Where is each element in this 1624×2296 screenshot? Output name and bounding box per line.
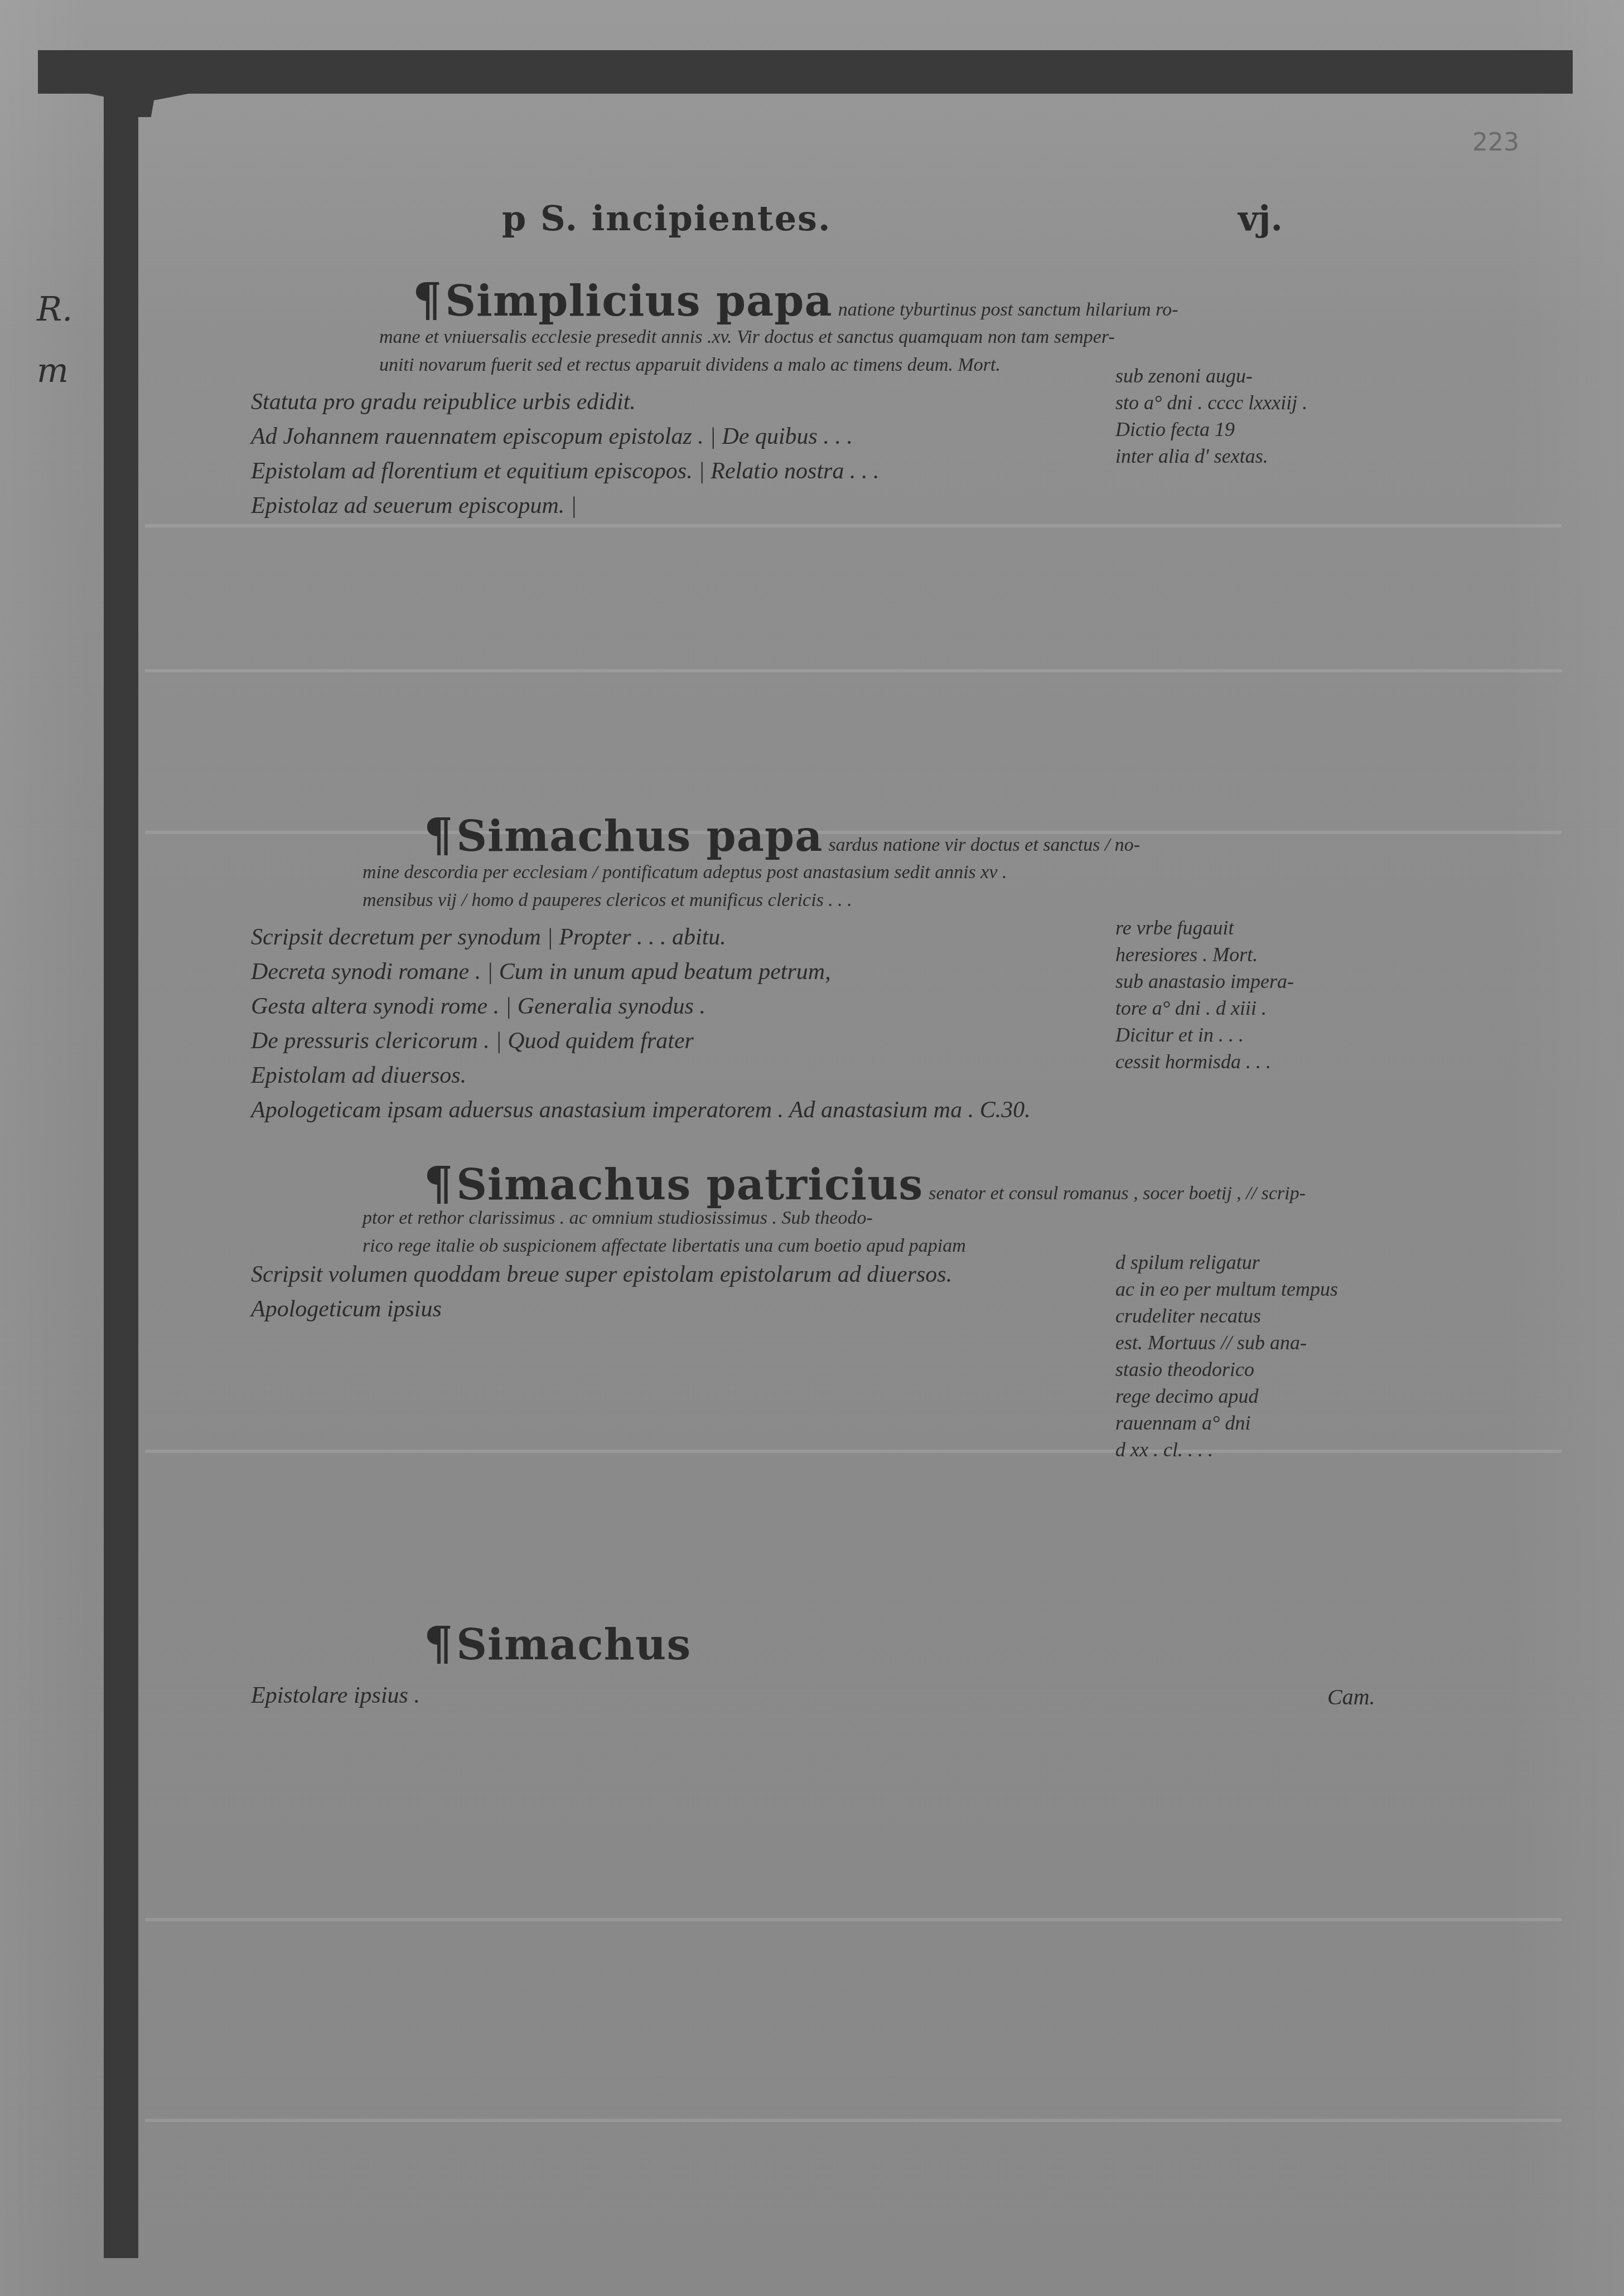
entry-simachus-papa: ¶Simachus papasardus natione vir doctus … <box>424 808 1140 862</box>
side-note-line: rege decimo apud <box>1115 1383 1338 1409</box>
work-item: Gesta altera synodi rome . | Generalia s… <box>251 989 1031 1024</box>
entry-description: natione tyburtinus post sanctum hilarium… <box>838 299 1178 320</box>
side-note-line: heresiores . Mort. <box>1115 941 1294 968</box>
entry-heading: ¶Simplicius papanatione tyburtinus post … <box>413 273 1178 327</box>
entry-simachus-patricius-desc: ptor et rethor clarissimus . ac omnium s… <box>362 1204 966 1260</box>
folio-pencil: 223 <box>1472 128 1519 157</box>
manuscript-page: R. m 223 p S. incipientes. vj. ¶Simplici… <box>0 0 1624 2296</box>
side-note-line: Dictio fecta 19 <box>1115 416 1307 443</box>
header-bar <box>38 50 1573 94</box>
entry-name: Simplicius papa <box>445 276 832 326</box>
entry-name: Simachus <box>456 1620 691 1669</box>
entry-heading: ¶Simachus papasardus natione vir doctus … <box>424 808 1140 862</box>
ruling-line <box>145 2119 1562 2122</box>
side-note-line: stasio theodorico <box>1115 1356 1338 1383</box>
side-note-line: d xx . cl. . . . <box>1115 1436 1338 1463</box>
pilcrow-icon: ¶ <box>413 273 442 327</box>
entry-heading: ¶Simachus patriciussenator et consul rom… <box>424 1157 1306 1210</box>
side-note-line: d spilum religatur <box>1115 1249 1338 1276</box>
side-note: sub zenoni augu- sto a° dni . cccc lxxxi… <box>1115 362 1307 469</box>
entry-heading: ¶Simachus <box>424 1617 691 1670</box>
work-item: Epistolare ipsius . <box>251 1678 420 1713</box>
entry-description: sardus natione vir doctus et sanctus / n… <box>828 835 1140 855</box>
work-item: Apologeticam ipsam aduersus anastasium i… <box>251 1093 1031 1127</box>
works-list: Epistolare ipsius . <box>251 1678 420 1713</box>
entry-simachus-patricius: ¶Simachus patriciussenator et consul rom… <box>424 1157 1306 1210</box>
works-list: Scripsit volumen quoddam breue super epi… <box>251 1257 952 1326</box>
work-item: Epistolam ad florentium et equitium epis… <box>251 454 879 488</box>
side-note: re vrbe fugauit heresiores . Mort. sub a… <box>1115 914 1294 1075</box>
work-item: Apologeticum ipsius <box>251 1292 952 1326</box>
pilcrow-icon: ¶ <box>424 1617 453 1670</box>
running-head: p S. incipientes. <box>502 198 832 239</box>
description-line: ptor et rethor clarissimus . ac omnium s… <box>362 1204 966 1232</box>
side-note-line: sub zenoni augu- <box>1115 362 1307 389</box>
header-bar-flare <box>67 89 212 117</box>
pilcrow-icon: ¶ <box>424 808 453 862</box>
works-list: Scripsit decretum per synodum | Propter … <box>251 920 1031 1127</box>
description-line: mine descordia per ecclesiam / pontifica… <box>362 859 1007 887</box>
work-item: Ad Johannem rauennatem episcopum epistol… <box>251 419 879 454</box>
description-line: uniti novarum fuerit sed et rectus appar… <box>379 351 1115 379</box>
side-note-line: est. Mortuus // sub ana- <box>1115 1329 1338 1356</box>
work-item: Decreta synodi romane . | Cum in unum ap… <box>251 955 1031 989</box>
side-note-line: ac in eo per multum tempus <box>1115 1276 1338 1302</box>
folio-number: vj. <box>1238 198 1283 239</box>
work-item: Statuta pro gradu reipublice urbis edidi… <box>251 385 879 419</box>
pilcrow-icon: ¶ <box>424 1157 453 1210</box>
works-list: Statuta pro gradu reipublice urbis edidi… <box>251 385 879 523</box>
right-note: Cam. <box>1327 1684 1375 1710</box>
side-note-line: tore a° dni . d xiii . <box>1115 995 1294 1021</box>
work-item: Scripsit volumen quoddam breue super epi… <box>251 1257 952 1292</box>
side-note-line: cessit hormisda . . . <box>1115 1048 1294 1075</box>
entry-simachus: ¶Simachus <box>424 1617 691 1670</box>
ruling-line <box>145 669 1562 672</box>
entry-simachus-papa-desc: mine descordia per ecclesiam / pontifica… <box>362 859 1007 914</box>
side-note: d spilum religatur ac in eo per multum t… <box>1115 1249 1338 1463</box>
entry-name: Simachus papa <box>456 811 823 861</box>
work-item: Epistolam ad diuersos. <box>251 1058 1031 1093</box>
description-line: mensibus vij / homo d pauperes clericos … <box>362 887 1007 914</box>
side-note-line: inter alia d' sextas. <box>1115 443 1307 469</box>
entry-simplicius: ¶Simplicius papanatione tyburtinus post … <box>413 273 1178 327</box>
work-item: Epistolaz ad seuerum episcopum. | <box>251 488 879 523</box>
entry-description: senator et consul romanus , socer boetij… <box>929 1183 1306 1204</box>
margin-mark-m: m <box>37 351 69 390</box>
side-note-line: sub anastasio impera- <box>1115 968 1294 995</box>
side-note-line: Dicitur et in . . . <box>1115 1021 1294 1048</box>
side-note-line: re vrbe fugauit <box>1115 914 1294 941</box>
description-line: mane et vniuersalis ecclesie presedit an… <box>379 323 1115 351</box>
side-note-line: sto a° dni . cccc lxxxiij . <box>1115 389 1307 416</box>
margin-bar <box>104 89 138 2258</box>
ruling-line <box>145 1918 1562 1921</box>
ruling-line <box>145 524 1562 527</box>
ruling-line <box>145 1450 1562 1453</box>
work-item: De pressuris clericorum . | Quod quidem … <box>251 1024 1031 1058</box>
margin-mark-r: R. <box>37 290 72 329</box>
work-item: Scripsit decretum per synodum | Propter … <box>251 920 1031 955</box>
side-note-line: crudeliter necatus <box>1115 1302 1338 1329</box>
side-note-line: rauennam a° dni <box>1115 1409 1338 1436</box>
entry-name: Simachus patricius <box>456 1160 923 1209</box>
entry-simplicius-desc: mane et vniuersalis ecclesie presedit an… <box>379 323 1115 379</box>
description-line: rico rege italie ob suspicionem affectat… <box>362 1232 966 1260</box>
